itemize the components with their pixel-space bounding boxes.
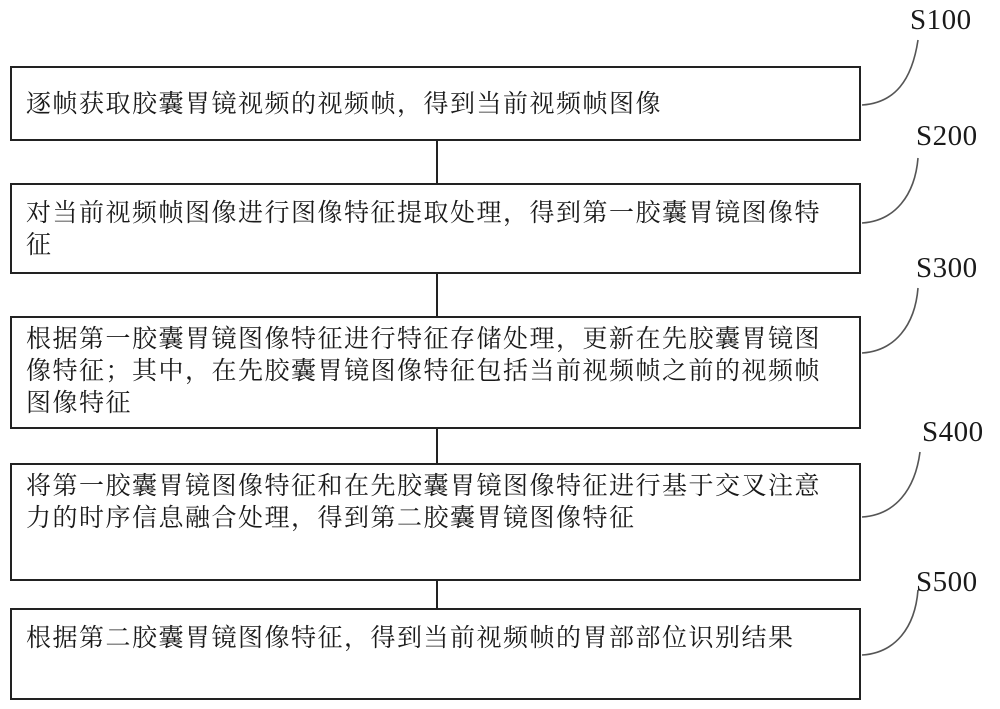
step-text: 根据第二胶囊胃镜图像特征，得到当前视频帧的胃部部位识别结果 [26, 623, 795, 652]
leader-s100 [862, 40, 918, 105]
step-box-s500: 根据第二胶囊胃镜图像特征，得到当前视频帧的胃部部位识别结果 [10, 608, 861, 700]
connector-2-3 [436, 273, 438, 317]
connector-4-5 [436, 580, 438, 609]
leader-s400 [862, 452, 920, 517]
step-label-s200: S200 [916, 120, 978, 153]
step-box-s100: 逐帧获取胶囊胃镜视频的视频帧，得到当前视频帧图像 [10, 66, 861, 141]
step-label-s500: S500 [916, 566, 978, 599]
leader-s300 [862, 288, 918, 353]
step-label-s400: S400 [922, 416, 984, 449]
step-label-s300: S300 [916, 252, 978, 285]
step-box-s400: 将第一胶囊胃镜图像特征和在先胶囊胃镜图像特征进行基于交叉注意力的时序信息融合处理… [10, 463, 861, 581]
connector-1-2 [436, 140, 438, 184]
step-label-s100: S100 [910, 4, 972, 37]
step-box-s300: 根据第一胶囊胃镜图像特征进行特征存储处理，更新在先胶囊胃镜图像特征；其中，在先胶… [10, 316, 861, 429]
step-box-s200: 对当前视频帧图像进行图像特征提取处理，得到第一胶囊胃镜图像特征 [10, 183, 861, 274]
leader-s200 [862, 158, 918, 223]
connector-3-4 [436, 428, 438, 464]
step-text: 将第一胶囊胃镜图像特征和在先胶囊胃镜图像特征进行基于交叉注意力的时序信息融合处理… [26, 471, 821, 532]
step-text: 根据第一胶囊胃镜图像特征进行特征存储处理，更新在先胶囊胃镜图像特征；其中，在先胶… [26, 324, 821, 417]
step-text: 逐帧获取胶囊胃镜视频的视频帧，得到当前视频帧图像 [26, 89, 662, 118]
leader-s500 [862, 590, 918, 655]
step-text: 对当前视频帧图像进行图像特征提取处理，得到第一胶囊胃镜图像特征 [26, 198, 821, 259]
